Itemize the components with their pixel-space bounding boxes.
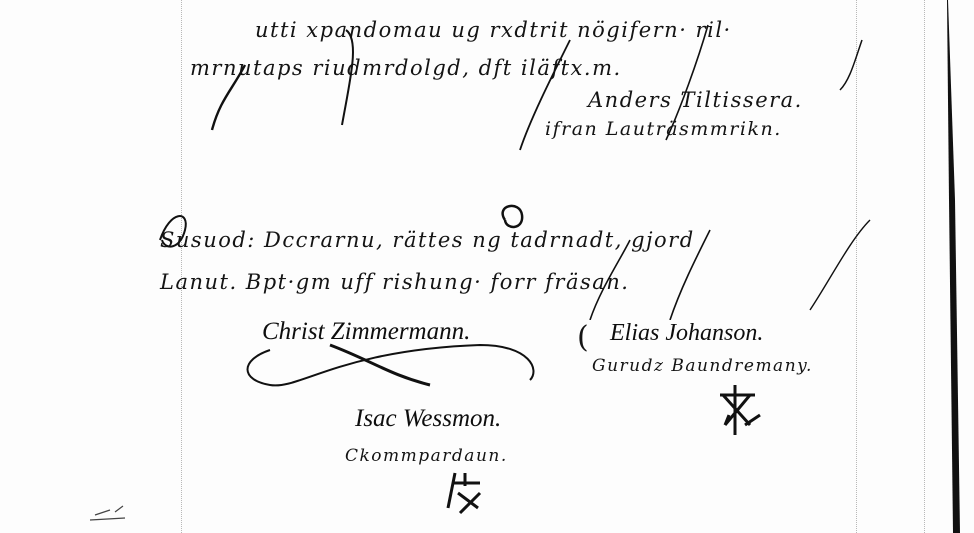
manuscript-page: utti xpandomau ug rxdtrit nögifern· ril·…: [0, 0, 974, 533]
signature-elias-title: Gurudz Baundremany.: [592, 356, 813, 376]
signature-flourish: [230, 340, 570, 400]
pen-flourish-2: [150, 200, 950, 320]
house-mark-elias: [715, 380, 775, 440]
pen-flourish-1: [150, 20, 890, 170]
signature-isac-title: Ckommpardaun.: [345, 446, 508, 466]
signature-isac-wessmon: Isac Wessmon.: [355, 405, 501, 433]
signature-elias-johanson: Elias Johanson.: [610, 320, 763, 347]
bracket-mark: (: [577, 320, 590, 355]
house-mark-isac: [440, 468, 500, 518]
ink-smudge: [85, 500, 145, 525]
